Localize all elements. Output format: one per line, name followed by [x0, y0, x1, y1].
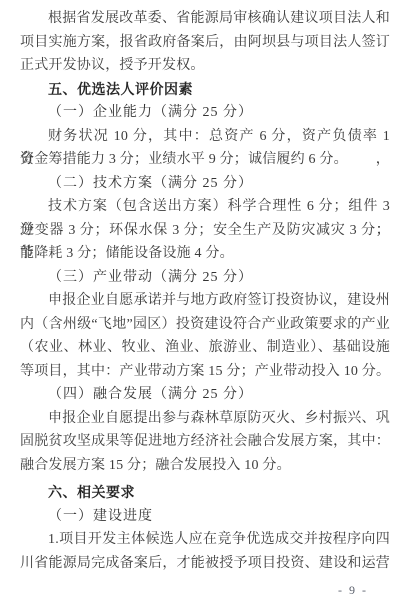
subsection-heading-construction: （一）建设进度 — [20, 505, 390, 529]
text-line: 项目实施方案，报省政府备案后，由阿坝县与项目法人签订 — [20, 31, 390, 55]
text-line: 技术方案（包含送出方案）科学合理性 6 分；组件 3 分； — [20, 195, 390, 219]
text-line: 财务状况 10 分，其中：总资产 6 分，资产负债率 1 分， — [20, 125, 390, 149]
text-line: 逆变器 3 分；环保水保 3 分；安全生产及防灾减灾 3 分；节 — [20, 219, 390, 243]
text-line: 川省能源局完成备案后，才能被授予项目投资、建设和运营 — [20, 552, 390, 576]
text-line: 固脱贫攻坚成果等促进地方经济社会融合发展方案，其中： — [20, 430, 390, 454]
text-line: 1.项目开发主体候选人应在竞争优选成交并按程序向四 — [20, 528, 390, 552]
text-line: 等项目，其中：产业带动方案 15 分；产业带动投入 10 分。 — [20, 360, 390, 384]
document-body: 根据省发展改革委、省能源局审核确认建议项目法人和 项目实施方案，报省政府备案后，… — [20, 7, 390, 575]
subsection-heading-4: （四）融合发展（满分 25 分） — [20, 383, 390, 407]
subsection-heading-1: （一）企业能力（满分 25 分） — [20, 101, 390, 125]
text-line: 融合发展方案 15 分；融合发展投入 10 分。 — [20, 454, 390, 478]
page-number: - 9 - — [338, 583, 368, 598]
text-line: （农业、林业、牧业、渔业、旅游业、制造业）、基础设施 — [20, 336, 390, 360]
subsection-heading-3: （三）产业带动（满分 25 分） — [20, 266, 390, 290]
text-line: 内（含州级“飞地”园区）投资建设符合产业政策要求的产业 — [20, 313, 390, 337]
section-heading-6: 六、相关要求 — [20, 481, 390, 505]
text-line: 申报企业自愿提出参与森林草原防灭火、乡村振兴、巩 — [20, 407, 390, 431]
subsection-heading-2: （二）技术方案（满分 25 分） — [20, 172, 390, 196]
text-line: 资金筹措能力 3 分；业绩水平 9 分；诚信履约 6 分。 — [20, 148, 390, 172]
text-line: 根据省发展改革委、省能源局审核确认建议项目法人和 — [20, 7, 390, 31]
text-line: 正式开发协议，授予开发权。 — [20, 54, 390, 78]
text-line: 申报企业自愿承诺并与地方政府签订投资协议，建设州 — [20, 289, 390, 313]
section-heading-5: 五、优选法人评价因素 — [20, 78, 390, 102]
document-page: 根据省发展改革委、省能源局审核确认建议项目法人和 项目实施方案，报省政府备案后，… — [0, 0, 407, 609]
text-line: 能降耗 3 分；储能设备设施 4 分。 — [20, 242, 390, 266]
